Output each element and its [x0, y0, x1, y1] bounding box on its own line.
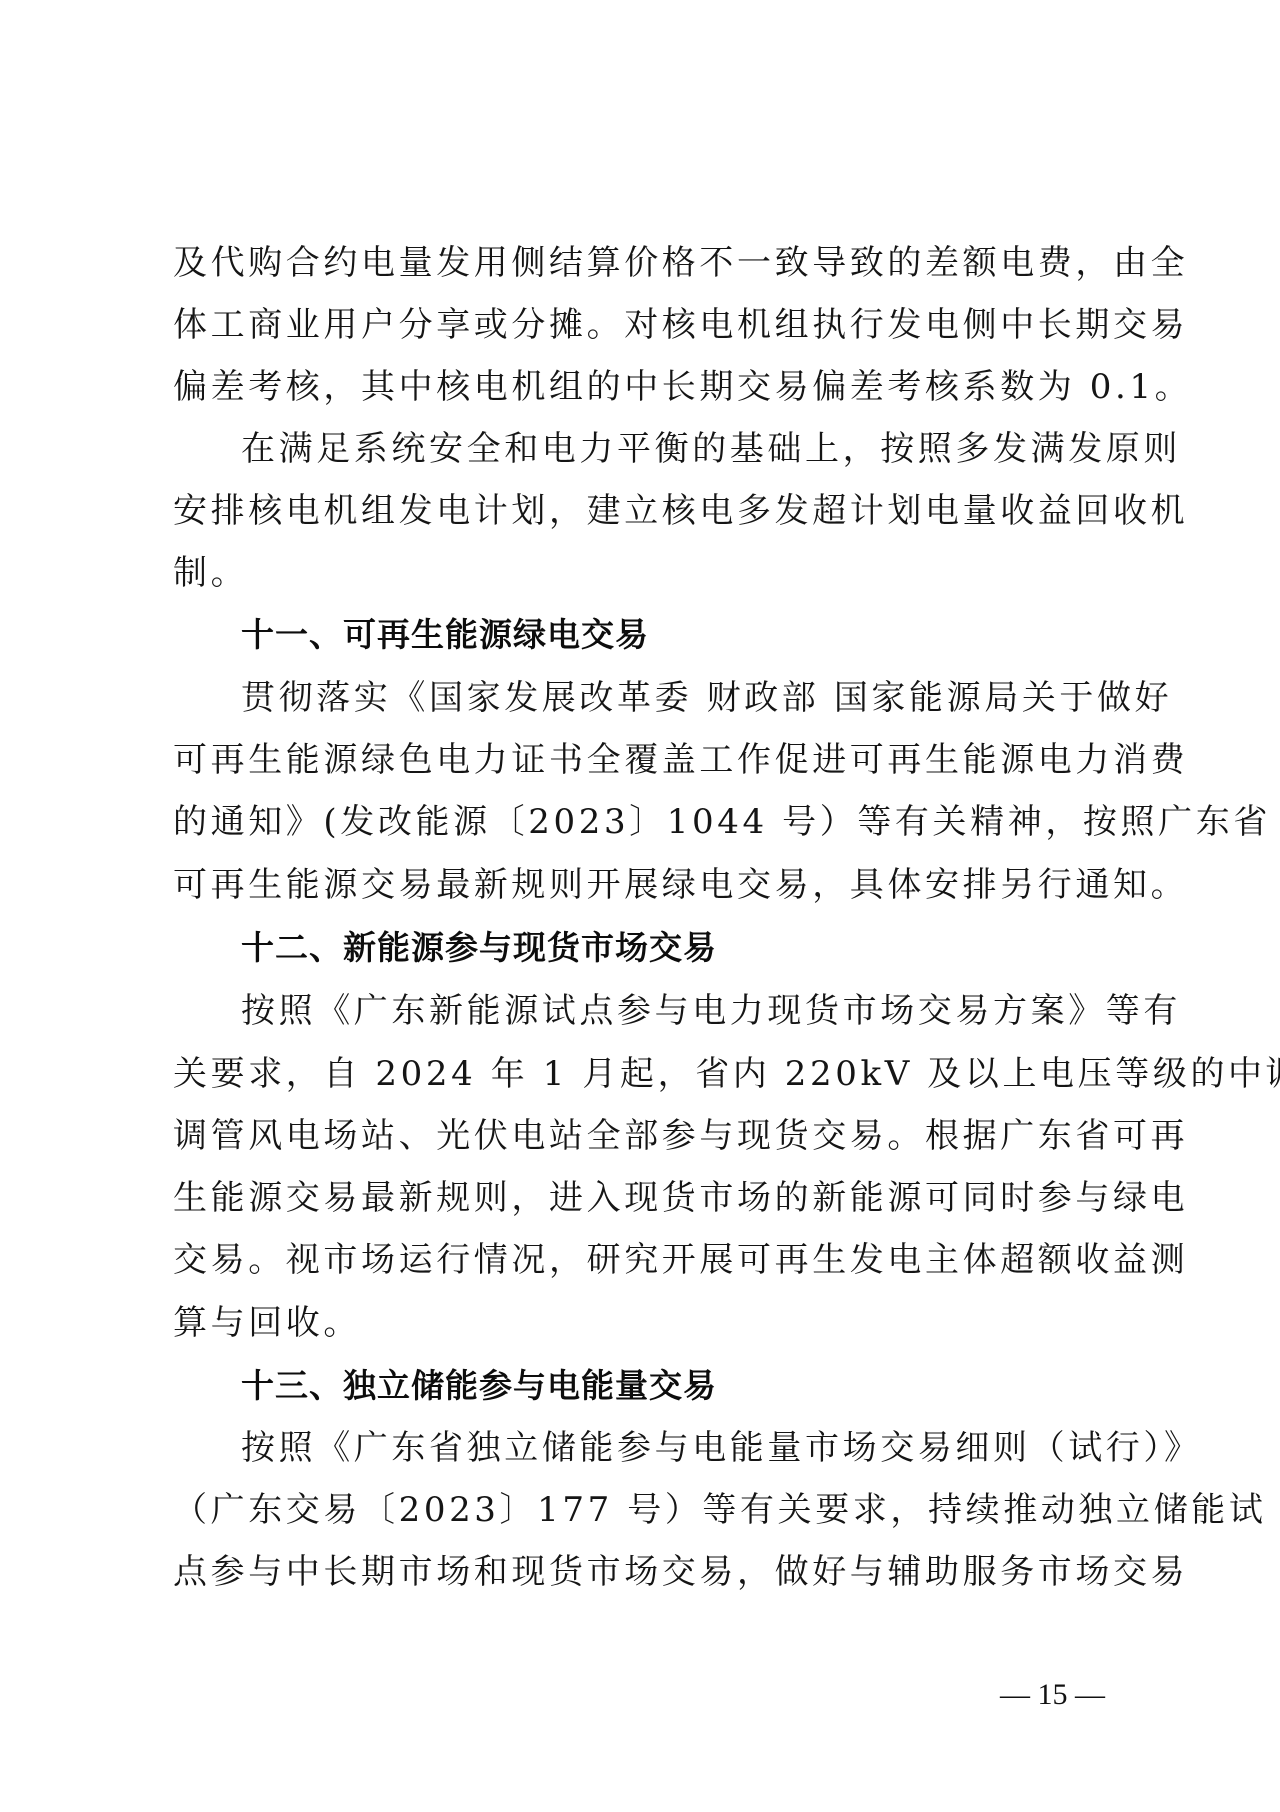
- body-text-line: 贯彻落实《国家发展改革委 财政部 国家能源局关于做好: [241, 673, 1113, 723]
- page-number: — 15 —: [1000, 1675, 1105, 1715]
- body-text-line: 可再生能源交易最新规则开展绿电交易，具体安排另行通知。: [173, 860, 1113, 910]
- section-heading: 十二、新能源参与现货市场交易: [241, 923, 1181, 973]
- body-text-line: 交易。视市场运行情况，研究开展可再生发电主体超额收益测: [173, 1235, 1113, 1285]
- body-text-line: 生能源交易最新规则，进入现货市场的新能源可同时参与绿电: [173, 1173, 1113, 1223]
- section-heading: 十一、可再生能源绿电交易: [241, 610, 1181, 660]
- document-page: 及代购合约电量发用侧结算价格不一致导致的差额电费，由全 体工商业用户分享或分摊。…: [0, 0, 1280, 1812]
- body-text-line: 在满足系统安全和电力平衡的基础上，按照多发满发原则: [241, 424, 1113, 474]
- body-text-line: 点参与中长期市场和现货市场交易，做好与辅助服务市场交易: [173, 1547, 1113, 1597]
- body-text-line: 调管风电场站、光伏电站全部参与现货交易。根据广东省可再: [173, 1111, 1113, 1161]
- body-text-line: 体工商业用户分享或分摊。对核电机组执行发电侧中长期交易: [173, 300, 1113, 350]
- body-text-line: 按照《广东新能源试点参与电力现货市场交易方案》等有: [241, 986, 1113, 1036]
- body-text-line: （广东交易〔2023〕177 号）等有关要求，持续推动独立储能试: [173, 1485, 1113, 1535]
- body-text-line: 安排核电机组发电计划，建立核电多发超计划电量收益回收机: [173, 486, 1113, 536]
- body-text-line: 及代购合约电量发用侧结算价格不一致导致的差额电费，由全: [173, 238, 1113, 288]
- body-text-line: 的通知》(发改能源〔2023〕1044 号）等有关精神，按照广东省: [173, 797, 1113, 847]
- body-text-line: 制。: [173, 548, 1113, 598]
- body-text-line: 偏差考核，其中核电机组的中长期交易偏差考核系数为 0.1。: [173, 362, 1113, 412]
- body-text-line: 关要求，自 2024 年 1 月起，省内 220kV 及以上电压等级的中调: [173, 1049, 1113, 1099]
- section-heading: 十三、独立储能参与电能量交易: [241, 1361, 1181, 1411]
- body-text-line: 按照《广东省独立储能参与电能量市场交易细则（试行）》: [241, 1423, 1113, 1473]
- body-text-line: 算与回收。: [173, 1298, 1113, 1348]
- body-text-line: 可再生能源绿色电力证书全覆盖工作促进可再生能源电力消费: [173, 735, 1113, 785]
